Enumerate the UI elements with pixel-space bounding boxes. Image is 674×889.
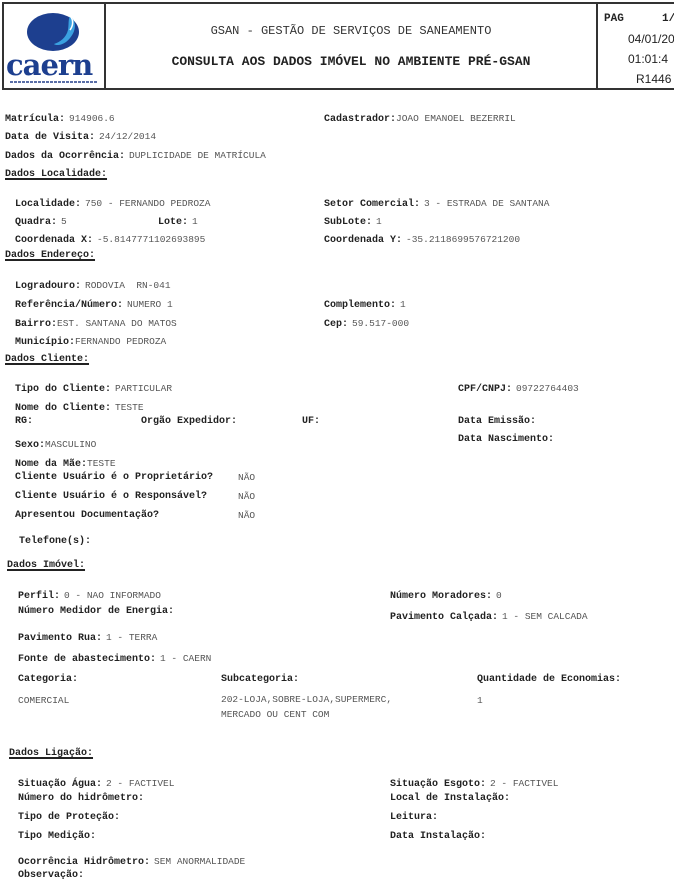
orgao-expedidor-label: Orgão Expedidor: [141,416,237,427]
municipio-row: Município:FERNANDO PEDROZA [15,331,166,349]
calcada-label: Pavimento Calçada: [390,612,498,623]
pavimento-rua-row: Pavimento Rua: 1 - TERRA [18,627,157,645]
report-date: 04/01/20 [628,32,674,46]
ocorrencia-value: DUPLICIDADE DE MATRÍCULA [129,150,266,161]
section-ligacao-title: Dados Ligação: [9,748,93,759]
nome-mae-value: TESTE [87,458,116,469]
section-endereco-title: Dados Endereço: [5,250,95,261]
complemento-value: 1 [400,299,406,310]
cadastrador-row: Cadastrador:JOAO EMANOEL BEZERRIL [324,108,516,126]
bairro-row: Bairro:EST. SANTANA DO MATOS [15,313,177,331]
cpf-label: CPF/CNPJ: [458,384,512,395]
telefones-label: Telefone(s): [19,536,91,547]
situacao-agua-label: Situação Água: [18,779,102,790]
section-localidade-title: Dados Localidade: [5,169,107,180]
fonte-value: 1 - CAERN [160,653,211,664]
pavimento-rua-label: Pavimento Rua: [18,633,102,644]
nome-mae-label: Nome da Mãe: [15,459,87,470]
perfil-row: Perfil: 0 - NAO INFORMADO [18,585,161,603]
caern-logo-icon [26,12,82,52]
moradores-row: Número Moradores: 0 [390,585,502,603]
fonte-row: Fonte de abastecimento: 1 - CAERN [18,648,211,666]
data-visita-value: 24/12/2014 [99,131,156,142]
ocorrencia-label: Dados da Ocorrência: [5,151,125,162]
sexo-label: Sexo: [15,440,45,451]
pavimento-rua-value: 1 - TERRA [106,632,157,643]
report-header: caern GSAN - GESTÃO DE SERVIÇOS DE SANEA… [2,2,674,90]
cpf-value: 09722764403 [516,383,579,394]
matricula-value: 914906.6 [69,113,115,124]
report-time: 01:01:4 [628,52,668,66]
rg-label: RG: [15,416,33,427]
nome-cliente-label: Nome do Cliente: [15,403,111,414]
nome-mae-row: Nome da Mãe:TESTE [15,453,116,471]
page-label: PAG [604,13,624,25]
referencia-value: NUMERO 1 [127,299,173,310]
hidrometro-label: Número do hidrômetro: [18,793,144,804]
calcada-row: Pavimento Calçada: 1 - SEM CALCADA [390,606,588,624]
matricula-row: Matrícula: 914906.6 [5,108,115,126]
logradouro-row: Logradouro: RODOVIA RN-041 [15,275,171,293]
local-instalacao-label: Local de Instalação: [390,793,510,804]
proprietario-label: Cliente Usuário é o Proprietário? [15,472,213,483]
bairro-label: Bairro: [15,319,57,330]
localidade-value: 750 - FERNANDO PEDROZA [85,198,210,209]
sublote-label: SubLote: [324,217,372,228]
quadra-value: 5 [61,216,67,227]
ocorrencia-hidrometro-value: SEM ANORMALIDADE [154,856,245,867]
table-header-categoria: Categoria: [18,674,78,685]
complemento-row: Complemento: 1 [324,294,406,312]
fonte-label: Fonte de abastecimento: [18,654,156,665]
logo-tagline [10,81,98,83]
cep-value: 59.517-000 [352,318,409,329]
table-header-subcategoria: Subcategoria: [221,674,299,685]
tipo-medicao-label: Tipo Medição: [18,831,96,842]
lote-row: Lote: 1 [158,211,198,229]
cep-label: Cep: [324,319,348,330]
referencia-label: Referência/Número: [15,300,123,311]
data-visita-label: Data de Visita: [5,132,95,143]
cadastrador-label: Cadastrador: [324,114,396,125]
situacao-esgoto-label: Situação Esgoto: [390,779,486,790]
matricula-label: Matrícula: [5,114,65,125]
moradores-value: 0 [496,590,502,601]
title-cell: GSAN - GESTÃO DE SERVIÇOS DE SANEAMENTO … [106,4,598,88]
situacao-esgoto-value: 2 - FACTIVEL [490,778,558,789]
tipo-cliente-value: PARTICULAR [115,383,172,394]
nome-cliente-row: Nome do Cliente: TESTE [15,397,144,415]
situacao-agua-value: 2 - FACTIVEL [106,778,174,789]
setor-value: 3 - ESTRADA DE SANTANA [424,198,549,209]
data-emissao-label: Data Emissão: [458,416,536,427]
situacao-agua-row: Situação Água: 2 - FACTIVEL [18,773,174,791]
sublote-row: SubLote: 1 [324,211,382,229]
ocorrencia-hidrometro-label: Ocorrência Hidrômetro: [18,857,150,868]
logradouro-label: Logradouro: [15,281,81,292]
proprietario-value: NÃO [238,472,255,483]
uf-label: UF: [302,416,320,427]
table-cell-categoria: COMERCIAL [18,695,69,706]
system-title: GSAN - GESTÃO DE SERVIÇOS DE SANEAMENTO [106,24,596,38]
municipio-label: Município: [15,337,75,348]
perfil-label: Perfil: [18,591,60,602]
table-header-quantidade: Quantidade de Economias: [477,674,621,685]
observacao-label: Observação: [18,870,84,881]
logradouro-value: RODOVIA RN-041 [85,280,171,291]
lote-label: Lote: [158,217,188,228]
perfil-value: 0 - NAO INFORMADO [64,590,161,601]
calcada-value: 1 - SEM CALCADA [502,611,588,622]
data-visita-row: Data de Visita: 24/12/2014 [5,126,156,144]
tipo-cliente-row: Tipo do Cliente: PARTICULAR [15,378,172,396]
cadastrador-value: JOAO EMANOEL BEZERRIL [396,113,516,124]
data-nascimento-label: Data Nascimento: [458,434,554,445]
logo-text: caern [6,48,92,82]
cep-row: Cep: 59.517-000 [324,313,409,331]
responsavel-value: NÃO [238,491,255,502]
coord-x-row: Coordenada X: -5.8147771102693895 [15,229,205,247]
coord-y-value: -35.2118699576721200 [406,234,520,245]
page-info-cell: PAG 1/ 04/01/20 01:01:4 R1446 [600,4,674,88]
quadra-row: Quadra: 5 [15,211,67,229]
lote-value: 1 [192,216,198,227]
sexo-value: MASCULINO [45,439,96,450]
setor-row: Setor Comercial: 3 - ESTRADA DE SANTANA [324,193,549,211]
table-cell-subcategoria: 202-LOJA,SOBRE-LOJA,SUPERMERC, MERCADO O… [221,692,392,722]
bairro-value: EST. SANTANA DO MATOS [57,318,177,329]
ocorrencia-hidrometro-row: Ocorrência Hidrômetro: SEM ANORMALIDADE [18,851,245,869]
quadra-label: Quadra: [15,217,57,228]
section-imovel-title: Dados Imóvel: [7,560,85,571]
tipo-protecao-label: Tipo de Proteção: [18,812,120,823]
situacao-esgoto-row: Situação Esgoto: 2 - FACTIVEL [390,773,558,791]
leitura-label: Leitura: [390,812,438,823]
documentacao-value: NÃO [238,510,255,521]
coord-x-value: -5.8147771102693895 [97,234,205,245]
municipio-value: FERNANDO PEDROZA [75,336,166,347]
logo-cell: caern [4,4,106,88]
sexo-row: Sexo:MASCULINO [15,434,96,452]
documentacao-label: Apresentou Documentação? [15,510,159,521]
sublote-value: 1 [376,216,382,227]
tipo-cliente-label: Tipo do Cliente: [15,384,111,395]
coord-y-row: Coordenada Y: -35.2118699576721200 [324,229,520,247]
data-instalacao-label: Data Instalação: [390,831,486,842]
responsavel-label: Cliente Usuário é o Responsável? [15,491,207,502]
localidade-label: Localidade: [15,199,81,210]
nome-cliente-value: TESTE [115,402,144,413]
coord-y-label: Coordenada Y: [324,235,402,246]
moradores-label: Número Moradores: [390,591,492,602]
localidade-row: Localidade: 750 - FERNANDO PEDROZA [15,193,210,211]
table-cell-quantidade: 1 [477,695,483,706]
report-title: CONSULTA AOS DADOS IMÓVEL NO AMBIENTE PR… [106,54,596,69]
ocorrencia-row: Dados da Ocorrência: DUPLICIDADE DE MATR… [5,145,266,163]
referencia-row: Referência/Número: NUMERO 1 [15,294,173,312]
page-number: 1/ [662,13,674,25]
medidor-energia-label: Número Medidor de Energia: [18,606,174,617]
setor-label: Setor Comercial: [324,199,420,210]
section-cliente-title: Dados Cliente: [5,354,89,365]
complemento-label: Complemento: [324,300,396,311]
coord-x-label: Coordenada X: [15,235,93,246]
cpf-row: CPF/CNPJ: 09722764403 [458,378,579,396]
report-code: R1446 [636,72,671,86]
